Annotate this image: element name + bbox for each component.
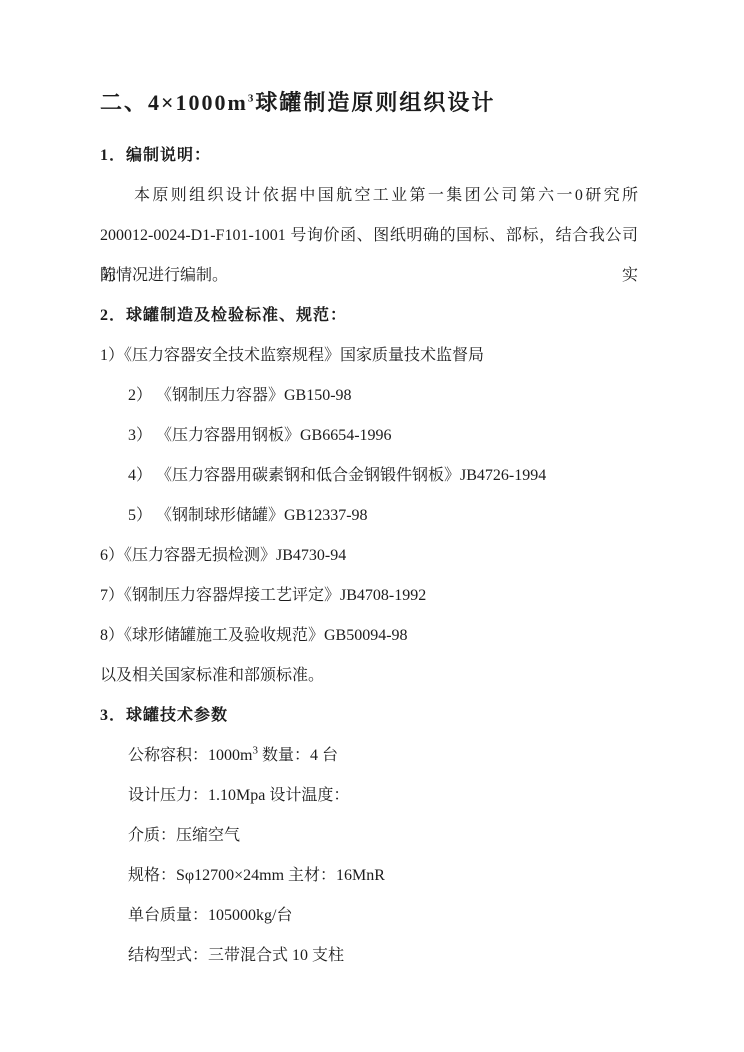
document-body: 二、4×1000m3球罐制造原则组织设计 1．编制说明： 本原则组织设计依据中国…	[100, 88, 638, 976]
parameter-volume-post: 数量：4 台	[258, 747, 338, 764]
standard-list-item: 2） 《钢制压力容器》GB150-98	[100, 376, 638, 416]
parameter-volume-pre: 公称容积：1000m	[128, 747, 252, 764]
standard-list-item: 4） 《压力容器用碳素钢和低合金钢锻件钢板》JB4726-1994	[100, 456, 638, 496]
document-page: 二、4×1000m3球罐制造原则组织设计 1．编制说明： 本原则组织设计依据中国…	[0, 0, 744, 1052]
standard-list-item: 5） 《钢制球形储罐》GB12337-98	[100, 496, 638, 536]
title-text-pre: 二、4×1000m	[100, 90, 248, 115]
parameter-pressure: 设计压力：1.10Mpa 设计温度：	[100, 776, 638, 816]
parameter-weight: 单台质量：105000kg/台	[100, 896, 638, 936]
section1-heading: 1．编制说明：	[100, 136, 638, 176]
spacer	[100, 118, 638, 136]
section1-paragraph-line: 本原则组织设计依据中国航空工业第一集团公司第六一0研究所	[100, 176, 638, 216]
standard-list-item: 1）《压力容器安全技术监察规程》国家质量技术监督局	[100, 336, 638, 376]
parameter-structure: 结构型式：三带混合式 10 支柱	[100, 936, 638, 976]
section2-heading: 2．球罐制造及检验标准、规范：	[100, 296, 638, 336]
document-title: 二、4×1000m3球罐制造原则组织设计	[100, 88, 638, 118]
parameter-spec: 规格：Sφ12700×24mm 主材：16MnR	[100, 856, 638, 896]
section2-footnote: 以及相关国家标准和部颁标准。	[100, 656, 638, 696]
section3-heading: 3．球罐技术参数	[100, 696, 638, 736]
title-text-post: 球罐制造原则组织设计	[255, 90, 495, 115]
parameter-medium: 介质：压缩空气	[100, 816, 638, 856]
section1-paragraph-line: 200012-0024-D1-F101-1001 号询价函、图纸明确的国标、部标…	[100, 216, 638, 256]
standard-list-item: 7）《钢制压力容器焊接工艺评定》JB4708-1992	[100, 576, 638, 616]
standard-list-item: 8）《球形储罐施工及验收规范》GB50094-98	[100, 616, 638, 656]
standard-list-item: 3） 《压力容器用钢板》GB6654-1996	[100, 416, 638, 456]
standard-list-item: 6）《压力容器无损检测》JB4730-94	[100, 536, 638, 576]
parameter-volume: 公称容积：1000m3 数量：4 台	[100, 736, 638, 776]
